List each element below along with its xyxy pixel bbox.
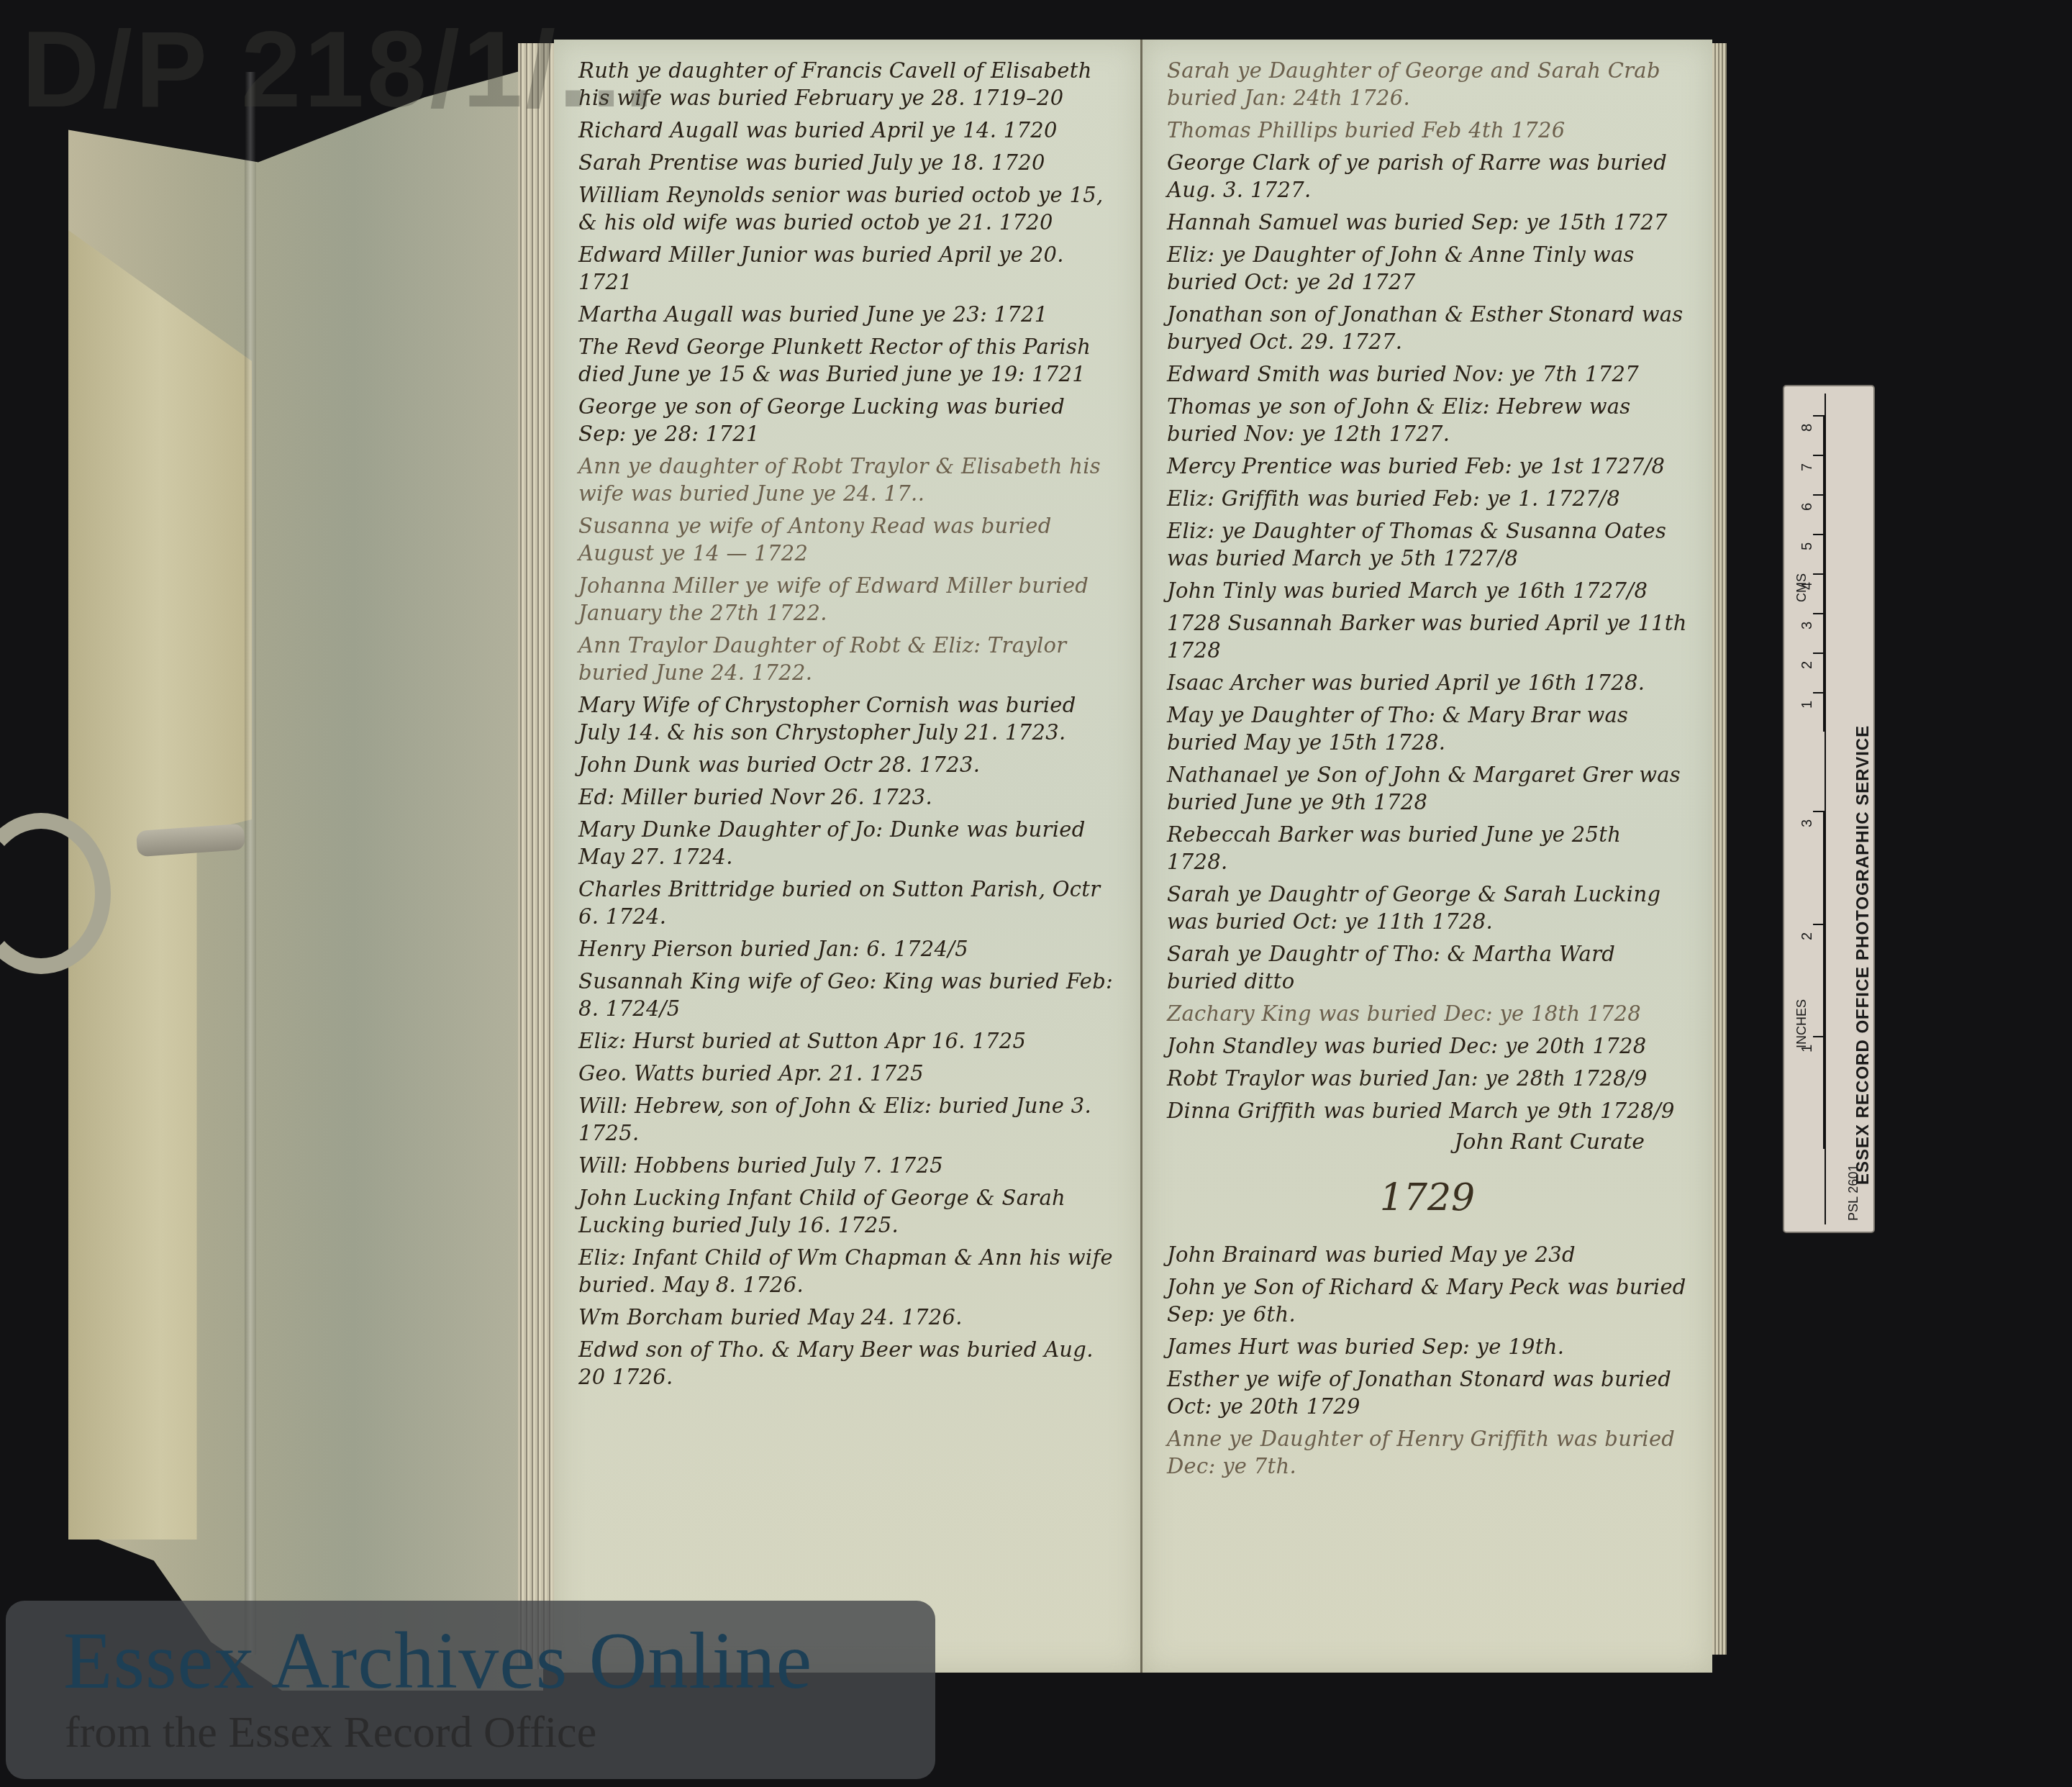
register-entry: Susannah King wife of Geo: King was buri… xyxy=(578,968,1116,1022)
register-entry: William Reynolds senior was buried octob… xyxy=(578,181,1116,236)
register-entry: John Standley was buried Dec: ye 20th 17… xyxy=(1167,1032,1688,1060)
register-entry: The Revd George Plunkett Rector of this … xyxy=(578,333,1116,388)
ruler-tick xyxy=(1813,692,1823,694)
register-entry: James Hurt was buried Sep: ye 19th. xyxy=(1167,1333,1688,1360)
register-entry: Eliz: Griffith was buried Feb: ye 1. 172… xyxy=(1167,485,1688,512)
inches-label: INCHES xyxy=(1794,999,1809,1048)
ruler-number: 5 xyxy=(1799,542,1816,550)
register-entry: Martha Augall was buried June ye 23: 172… xyxy=(578,301,1116,328)
left-page: Ruth ye daughter of Francis Cavell of El… xyxy=(554,40,1140,1673)
register-entry: Geo. Watts buried Apr. 21. 1725 xyxy=(578,1060,1116,1087)
register-entry: Thomas ye son of John & Eliz: Hebrew was… xyxy=(1167,393,1688,447)
register-entry: Esther ye wife of Jonathan Stonard was b… xyxy=(1167,1365,1688,1420)
ruler-number: 3 xyxy=(1799,622,1816,629)
register-entry: Edward Miller Junior was buried April ye… xyxy=(578,241,1116,296)
register-entry: Ann Traylor Daughter of Robt & Eliz: Tra… xyxy=(578,632,1116,686)
register-entry: Sarah ye Daughter of George and Sarah Cr… xyxy=(1167,57,1688,112)
register-entry: 1728 Susannah Barker was buried April ye… xyxy=(1167,609,1688,664)
register-entry: Dinna Griffith was buried March ye 9th 1… xyxy=(1167,1097,1688,1124)
register-entry: Isaac Archer was buried April ye 16th 17… xyxy=(1167,669,1688,696)
register-entry: Sarah Prentise was buried July ye 18. 17… xyxy=(578,149,1116,176)
ruler-number: 3 xyxy=(1799,819,1816,827)
ruler-tick xyxy=(1813,613,1823,614)
register-entry: Eliz: ye Daughter of Thomas & Susanna Oa… xyxy=(1167,517,1688,572)
register-entry: Wm Borcham buried May 24. 1726. xyxy=(578,1304,1116,1331)
register-entry: Ed: Miller buried Novr 26. 1723. xyxy=(578,783,1116,811)
register-entry: George Clark of ye parish of Rarre was b… xyxy=(1167,149,1688,204)
register-entry: Johanna Miller ye wife of Edward Miller … xyxy=(578,572,1116,627)
entries-1729: John Brainard was buried May ye 23dJohn … xyxy=(1167,1241,1688,1480)
ruler-tick xyxy=(1813,811,1823,812)
ruler-number: 2 xyxy=(1799,661,1816,669)
register-entry: Hannah Samuel was buried Sep: ye 15th 17… xyxy=(1167,209,1688,236)
register-entry: Jonathan son of Jonathan & Esther Stonar… xyxy=(1167,301,1688,355)
register-entry: Henry Pierson buried Jan: 6. 1724/5 xyxy=(578,935,1116,963)
register-entry: Rebeccah Barker was buried June ye 25th … xyxy=(1167,821,1688,876)
register-entry: Eliz: ye Daughter of John & Anne Tinly w… xyxy=(1167,241,1688,296)
register-entry: Thomas Phillips buried Feb 4th 1726 xyxy=(1167,117,1688,144)
register-entry: May ye Daughter of Tho: & Mary Brar was … xyxy=(1167,701,1688,756)
ruler-number: 1 xyxy=(1799,701,1816,709)
ruler-tick xyxy=(1813,924,1823,925)
cover-fold xyxy=(245,72,256,1655)
year-heading: 1729 xyxy=(1167,1176,1688,1219)
logo-subtitle: from the Essex Record Office xyxy=(65,1707,596,1758)
ruler-tick xyxy=(1813,455,1823,456)
register-entry: Anne ye Daughter of Henry Griffith was b… xyxy=(1167,1425,1688,1480)
ruler-number: 8 xyxy=(1799,424,1816,432)
register-entry: Mary Wife of Chrystopher Cornish was bur… xyxy=(578,691,1116,746)
register-entry: Mercy Prentice was buried Feb: ye 1st 17… xyxy=(1167,453,1688,480)
inches-scale: 123 xyxy=(1791,811,1825,1149)
register-entry: Robt Traylor was buried Jan: ye 28th 172… xyxy=(1167,1065,1688,1092)
right-page: Sarah ye Daughter of George and Sarah Cr… xyxy=(1140,40,1712,1673)
register-entry: Mary Dunke Daughter of Jo: Dunke was bur… xyxy=(578,816,1116,870)
register-entry: Edwd son of Tho. & Mary Beer was buried … xyxy=(578,1336,1116,1391)
register-entry: John Brainard was buried May ye 23d xyxy=(1167,1241,1688,1268)
essex-archives-logo: Essex Archives Online from the Essex Rec… xyxy=(6,1601,935,1779)
register-entry: John ye Son of Richard & Mary Peck was b… xyxy=(1167,1273,1688,1328)
right-page-entries: Sarah ye Daughter of George and Sarah Cr… xyxy=(1167,57,1688,1124)
ruler-tick xyxy=(1813,415,1823,417)
ruler-tick xyxy=(1813,1036,1823,1037)
register-entry: John Tinly was buried March ye 16th 1727… xyxy=(1167,577,1688,604)
right-page-edges xyxy=(1712,43,1727,1655)
ruler-tick xyxy=(1813,534,1823,535)
register-entry: Richard Augall was buried April ye 14. 1… xyxy=(578,117,1116,144)
register-entry: Will: Hebrew, son of John & Eliz: buried… xyxy=(578,1092,1116,1147)
scale-ruler: 12345678 CMS 123 INCHES PSL 2601 ESSEX R… xyxy=(1783,385,1875,1233)
register-entry: Nathanael ye Son of John & Margaret Grer… xyxy=(1167,761,1688,816)
register-entry: George ye son of George Lucking was buri… xyxy=(578,393,1116,447)
ruler-tick xyxy=(1813,494,1823,496)
curate-signature: John Rant Curate xyxy=(1167,1129,1645,1155)
register-entry: Ann ye daughter of Robt Traylor & Elisab… xyxy=(578,453,1116,507)
register-entry: Sarah ye Daughtr of George & Sarah Lucki… xyxy=(1167,881,1688,935)
register-entry: Susanna ye wife of Antony Read was burie… xyxy=(578,512,1116,567)
register-entry: Zachary King was buried Dec: ye 18th 172… xyxy=(1167,1000,1688,1027)
ruler-number: 7 xyxy=(1799,463,1816,471)
ruler-number: 2 xyxy=(1799,932,1816,940)
register-entry: Edward Smith was buried Nov: ye 7th 1727 xyxy=(1167,360,1688,388)
left-page-entries: Ruth ye daughter of Francis Cavell of El… xyxy=(578,57,1116,1391)
cms-label: CMS xyxy=(1794,573,1809,602)
ruler-number: 6 xyxy=(1799,503,1816,511)
register-entry: Eliz: Infant Child of Wm Chapman & Ann h… xyxy=(578,1244,1116,1299)
register-entry: Will: Hobbens buried July 7. 1725 xyxy=(578,1152,1116,1179)
register-entry: Ruth ye daughter of Francis Cavell of El… xyxy=(578,57,1116,112)
register-entry: Sarah ye Daughtr of Tho: & Martha Ward b… xyxy=(1167,940,1688,995)
ruler-tick xyxy=(1813,652,1823,654)
register-entry: Eliz: Hurst buried at Sutton Apr 16. 172… xyxy=(578,1027,1116,1055)
ruler-tick xyxy=(1813,573,1823,575)
logo-title: Essex Archives Online xyxy=(63,1615,812,1708)
ruler-text: ESSEX RECORD OFFICE PHOTOGRAPHIC SERVICE xyxy=(1853,725,1873,1185)
register-entry: Charles Brittridge buried on Sutton Pari… xyxy=(578,876,1116,930)
register-entry: John Dunk was buried Octr 28. 1723. xyxy=(578,751,1116,778)
register-entry: John Lucking Infant Child of George & Sa… xyxy=(578,1184,1116,1239)
